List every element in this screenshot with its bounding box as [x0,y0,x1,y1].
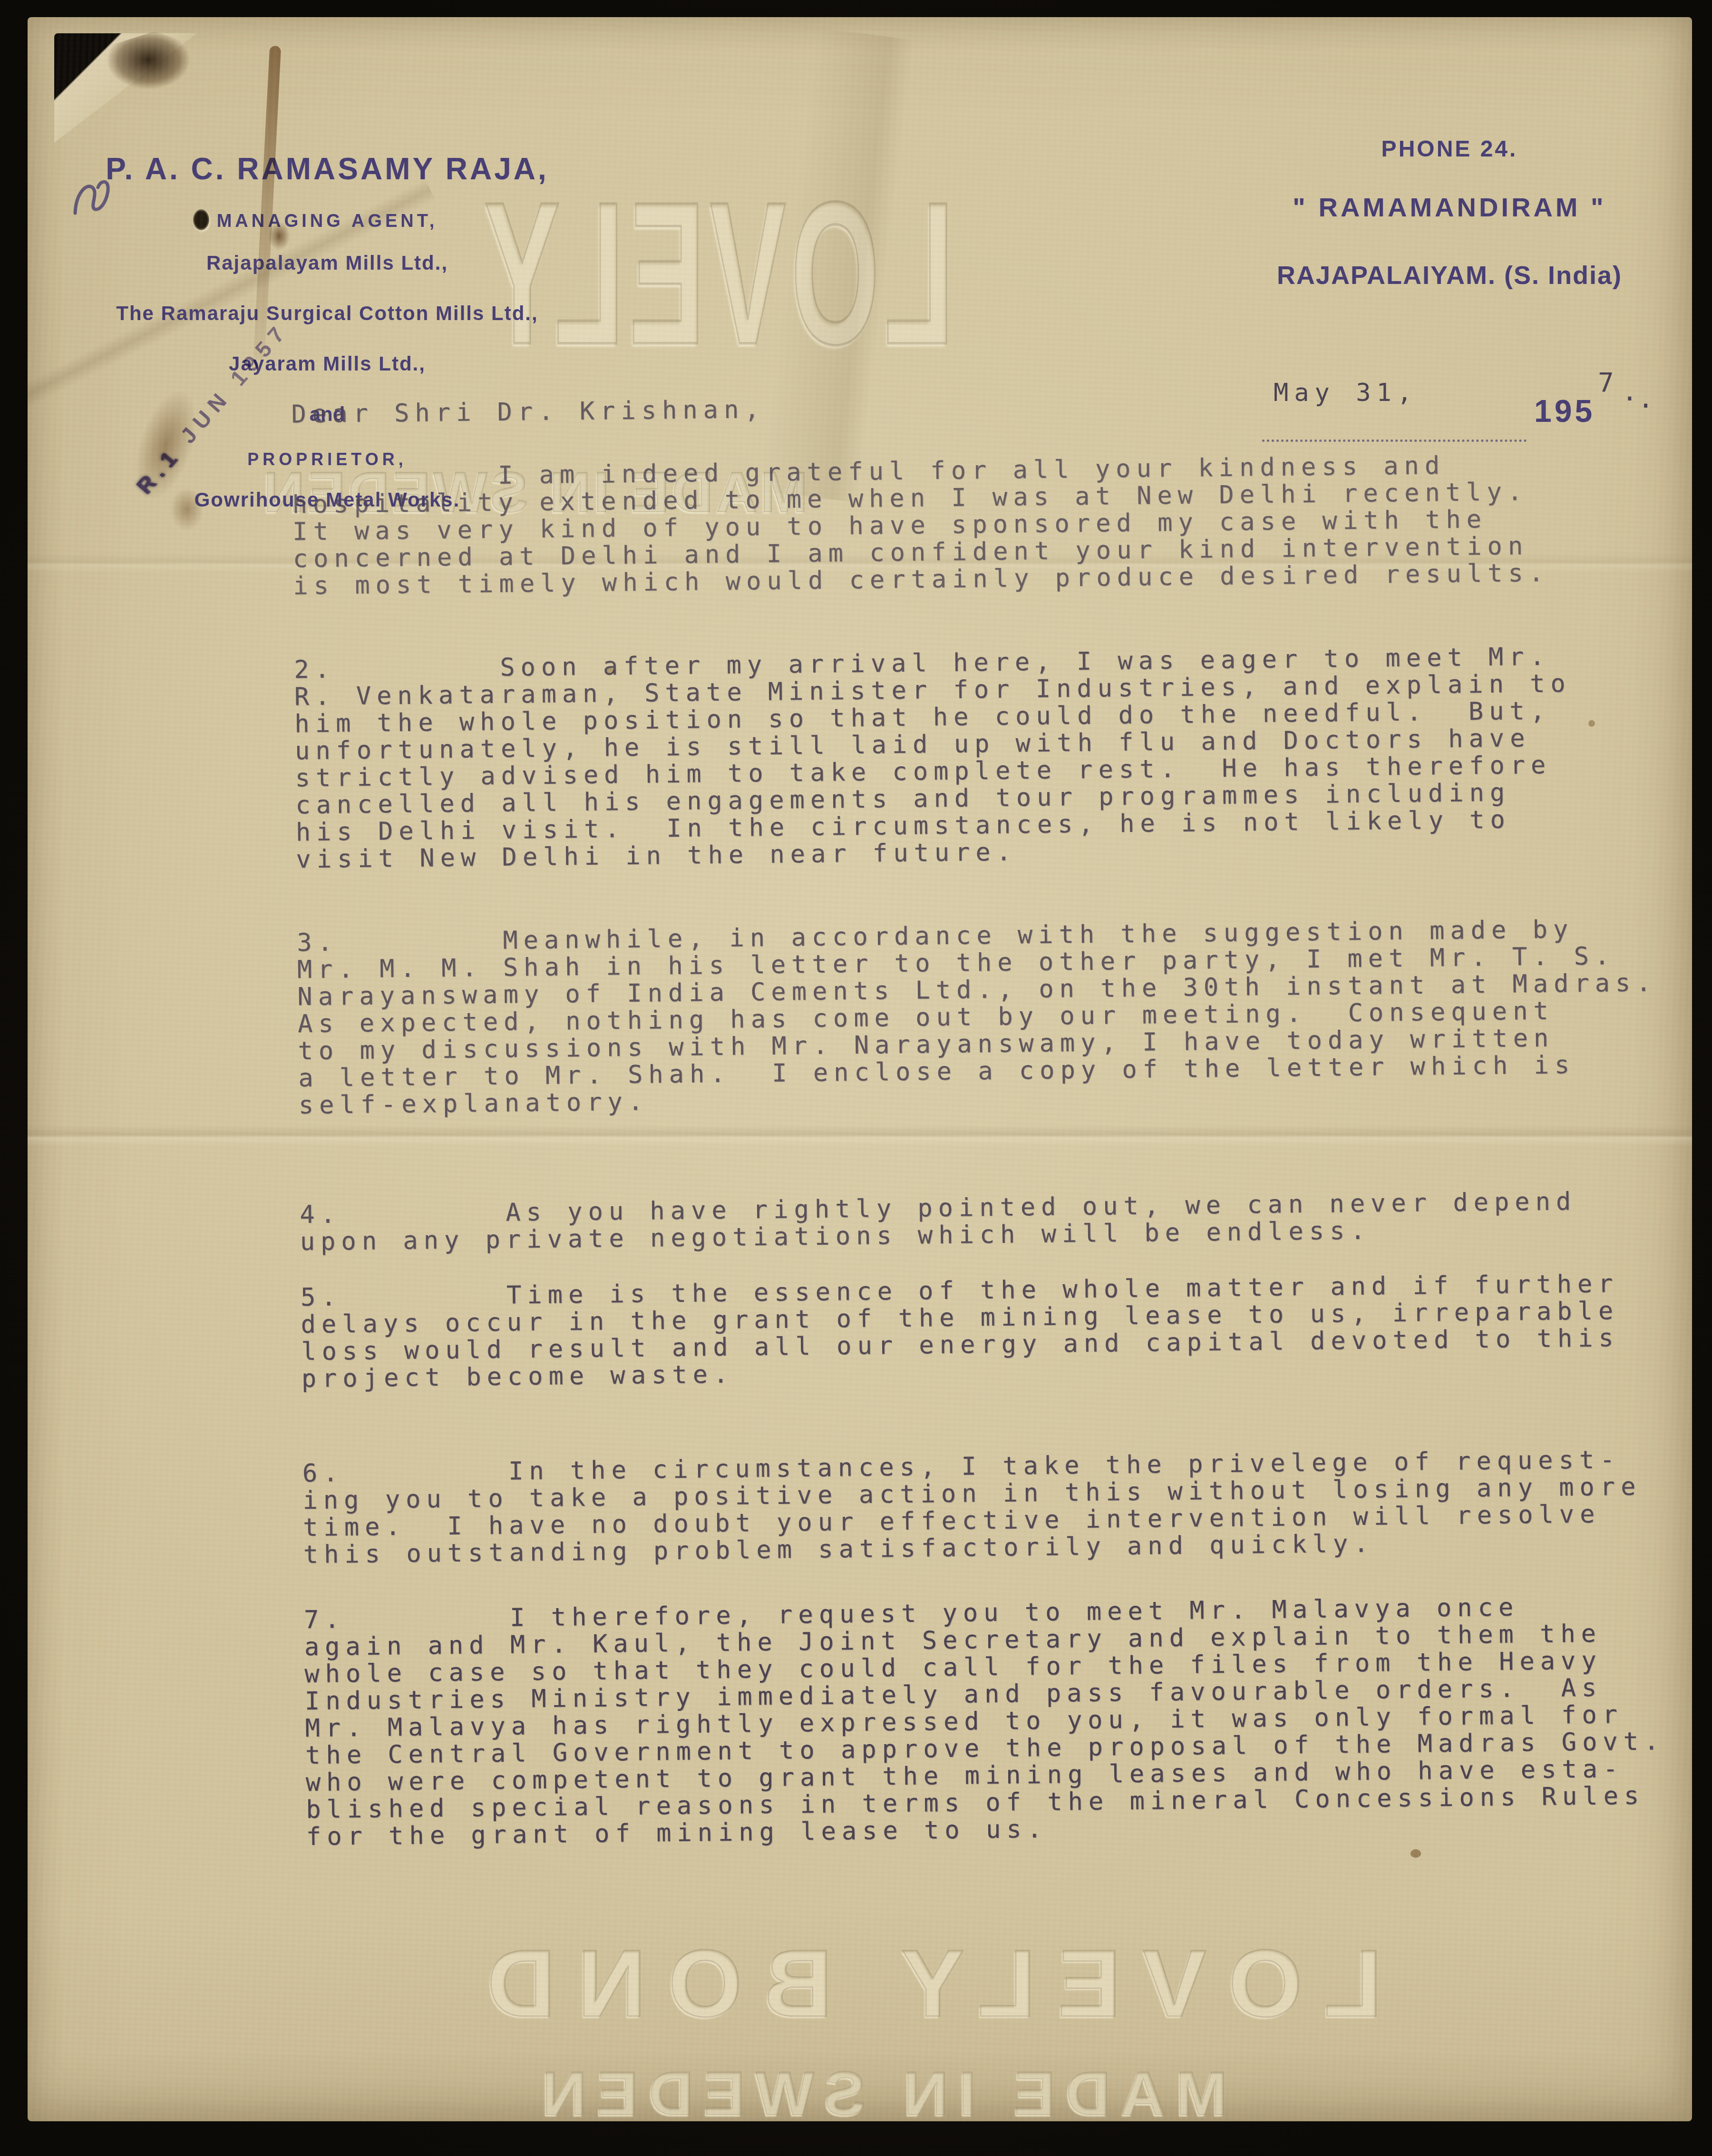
paragraph-5: 5. Time is the essence of the whole matt… [301,1270,1620,1393]
paragraph-1: I am indeed grateful for all your kindne… [292,451,1550,600]
stain-speck-1 [1410,1849,1421,1858]
typed-letter-body: Dear Shri Dr. Krishnan, I am indeed grat… [16,9,1702,2130]
paragraph-6: 6. In the circumstances, I take the priv… [302,1446,1642,1569]
stain-speck-2 [1588,720,1595,727]
paragraph-2: 2. Soon after my arrival here, I was eag… [294,643,1573,873]
punch-hole [193,209,209,230]
stain-blob-1 [268,222,290,250]
stain-blob-3 [170,488,204,531]
scan-background: LOVELY MADE IN SWEDEN LOVELY BOND MADE I… [0,0,1712,2156]
letter-paper: LOVELY MADE IN SWEDEN LOVELY BOND MADE I… [28,17,1692,2121]
stain-speck-3 [607,668,614,673]
paragraph-4: 4. As you have rightly pointed out, we c… [300,1188,1577,1256]
paragraph-3: 3. Meanwhile, in accordance with the sug… [297,915,1658,1119]
salutation: Dear Shri Dr. Krishnan, [291,396,765,428]
paragraph-7: 7. I therefore, request you to meet Mr. … [304,1592,1665,1851]
